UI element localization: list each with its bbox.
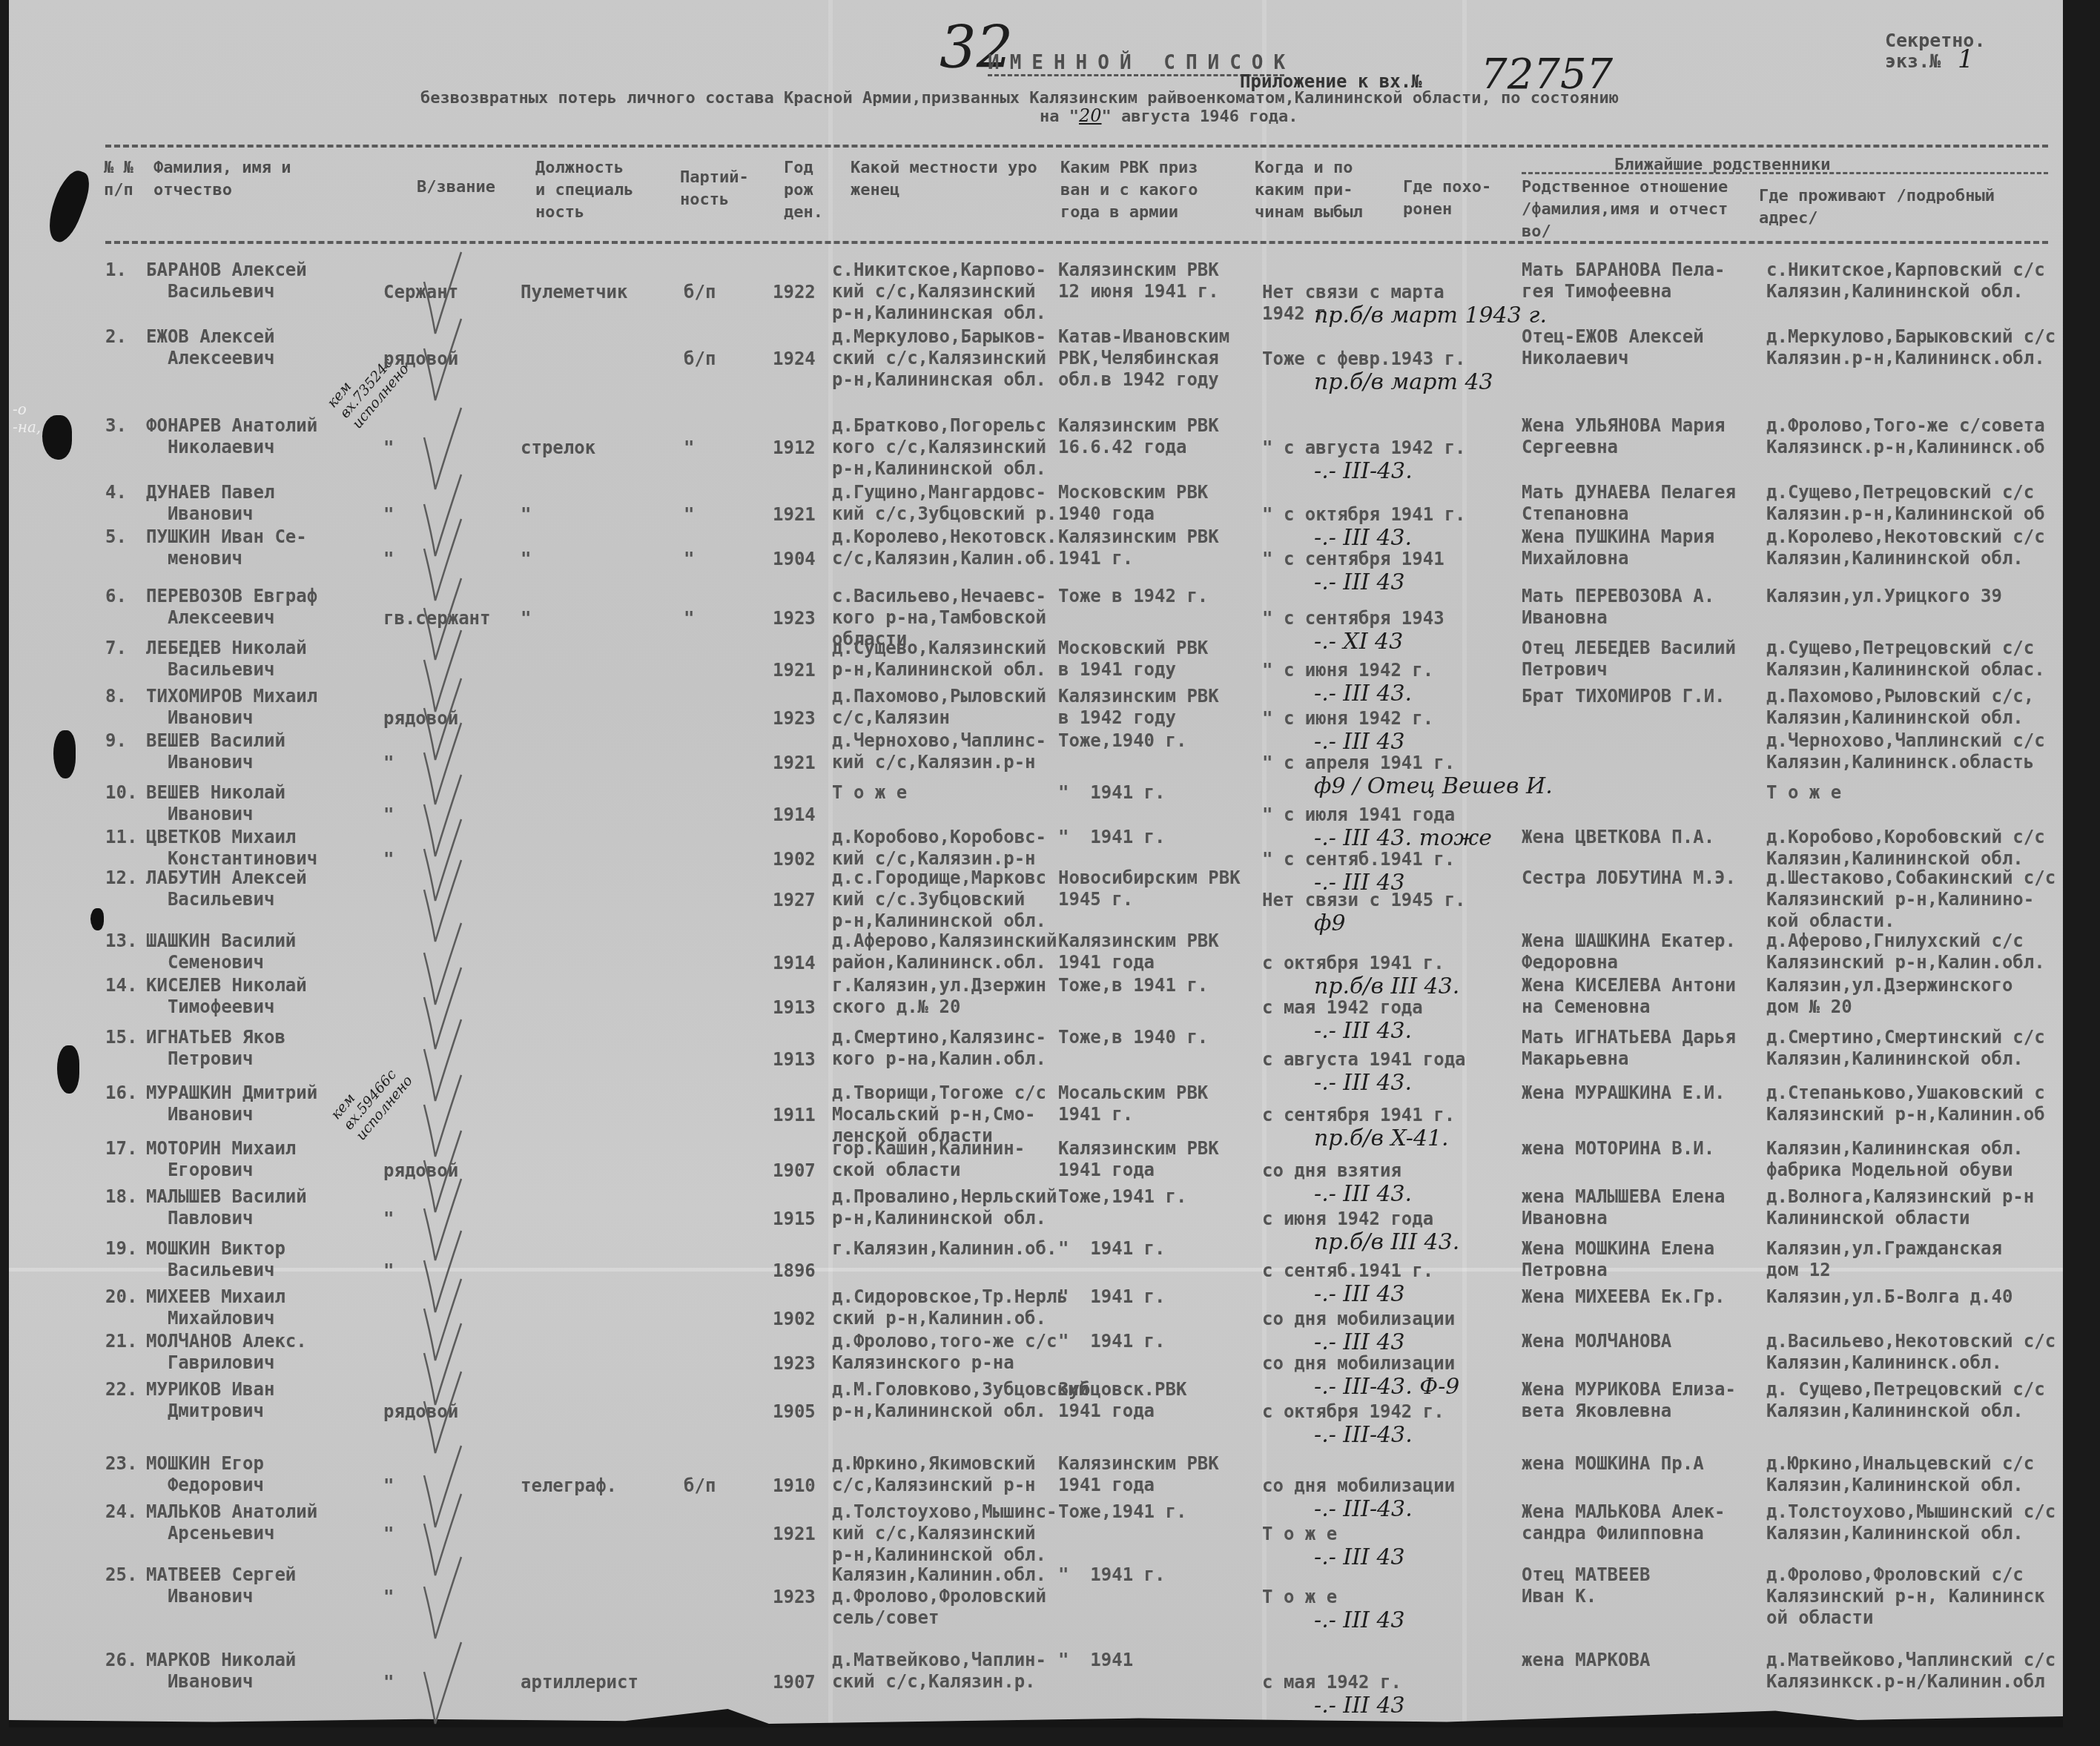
cell-relation: Жена ЦВЕТКОВА П.А. <box>1522 827 1714 848</box>
cell-rvk: " 1941 г. <box>1058 782 1166 804</box>
handwritten-annotation: -.- III 43. <box>1314 1070 1412 1096</box>
cell-rvk: " 1941 г. <box>1058 1286 1166 1308</box>
cell-rvk: " 1941 г. <box>1058 827 1166 848</box>
date-day: 20 <box>1079 105 1102 126</box>
check-mark-icon <box>420 1642 461 1727</box>
cell-relation: Отец-ЕЖОВ Алексей Николаевич <box>1522 326 1704 369</box>
cell-num: 9. <box>105 730 127 752</box>
date-prefix: на " <box>1040 108 1079 126</box>
cell-birthplace: д.Фролово,того-же с/с Калязинского р-на <box>832 1331 1057 1374</box>
cell-year: 1921 <box>773 660 816 681</box>
cell-rank: " <box>383 1475 394 1497</box>
cell-rank: " <box>383 804 394 826</box>
cell-rank: " <box>383 1524 394 1545</box>
handwritten-annotation: пр.б/в X-41. <box>1314 1125 1449 1151</box>
col-header-rank: В/звание <box>417 176 495 199</box>
handwritten-annotation: -.- III 43. тоже <box>1314 825 1492 851</box>
cell-relation: Сестра ЛОБУТИНА М.Э. <box>1522 867 1736 889</box>
cell-num: 16. <box>105 1082 137 1104</box>
cell-birthplace: с.Никитское,Карпово- кий с/с,Калязинский… <box>832 259 1046 324</box>
check-mark-icon <box>420 319 461 408</box>
cell-relation: Мать ИГНАТЬЕВА Дарья Макарьевна <box>1522 1027 1736 1070</box>
cell-birthplace: д.Гущино,Мангардовс- кий с/с,Зубцовский … <box>832 482 1057 525</box>
col-header-relation: Родственное отношение /фамилия,имя и отч… <box>1522 176 1728 243</box>
cell-address: д.Сущево,Петрецовский с/с Калязин,Калини… <box>1766 638 2045 681</box>
cell-birthplace: д.Юркино,Якимовский с/с,Калязинский р-н <box>832 1453 1036 1496</box>
handwritten-annotation: пр.б/в III 43. <box>1314 1229 1459 1255</box>
cell-when: " с июля 1941 года <box>1262 804 1455 826</box>
cell-relation: жена МОШКИНА Пр.А <box>1522 1453 1704 1475</box>
cell-year: 1924 <box>773 348 816 370</box>
date-suffix: " августа 1946 года. <box>1102 108 1298 126</box>
cell-rvk: Тоже,1941 г. <box>1058 1501 1186 1523</box>
cell-name: ЕЖОВ Алексей Алексеевич <box>146 326 274 369</box>
cell-address: д.Матвейково,Чаплинский с/с Калязинкск.р… <box>1766 1650 2056 1693</box>
cell-when: Тоже с февр.1943 г. <box>1262 348 1466 370</box>
cell-rvk: Московским РВК 1940 года <box>1058 482 1208 525</box>
cell-birthplace: д.с.Городище,Марковс кий с/с.Зубцовский … <box>832 867 1046 932</box>
cell-num: 7. <box>105 638 127 659</box>
handwritten-annotation: -.- III 43 <box>1314 1607 1405 1633</box>
cell-birthplace: Т о ж е <box>832 782 907 804</box>
cell-when: Т о ж е <box>1262 1587 1337 1608</box>
cell-num: 24. <box>105 1501 137 1523</box>
cell-address: д.Юркино,Инальцевский с/с Калязин,Калини… <box>1766 1453 2034 1496</box>
cell-year: 1910 <box>773 1475 816 1497</box>
cell-name: МОТОРИН Михаил Егорович <box>146 1138 296 1181</box>
cell-address: Калязин,Калининская обл. фабрика Модельн… <box>1766 1138 2024 1181</box>
cell-year: 1921 <box>773 753 816 774</box>
punch-hole <box>53 730 76 778</box>
cell-year: 1911 <box>773 1105 816 1126</box>
cell-when: с октября 1942 г. <box>1262 1401 1444 1423</box>
handwritten-annotation: -.- XI 43 <box>1314 629 1403 655</box>
cell-address: Т о ж е <box>1766 782 1841 804</box>
cell-rvk: Тоже,1940 г. <box>1058 730 1186 752</box>
cell-when: с июня 1942 года <box>1262 1208 1433 1230</box>
cell-num: 23. <box>105 1453 137 1475</box>
cell-relation: жена МАЛЫШЕВА Елена Ивановна <box>1522 1186 1726 1229</box>
col-header-when-why: Когда и по каким при- чинам выбыл <box>1255 157 1363 224</box>
cell-name: КИСЕЛЕВ Николай Тимофеевич <box>146 975 307 1018</box>
cell-rvk: Калязинским РВК 1941 года <box>1058 1138 1219 1181</box>
cell-relation: Жена УЛЬЯНОВА Мария Сергеевна <box>1522 415 1726 458</box>
cell-num: 5. <box>105 526 127 548</box>
cell-num: 13. <box>105 930 137 952</box>
cell-birthplace: д.Меркулово,Барыков- ский с/с,Калязински… <box>832 326 1046 391</box>
cell-position: " <box>521 549 531 570</box>
cell-rvk: Калязинским РВК 16.6.42 года <box>1058 415 1219 458</box>
cell-year: 1902 <box>773 849 816 870</box>
handwritten-annotation: -.- III 43. <box>1314 525 1412 551</box>
cell-when: " с сентября 1941 <box>1262 549 1444 570</box>
cell-birthplace: д.Братково,Погорельс кого с/с,Калязински… <box>832 415 1046 480</box>
cell-position: " <box>521 608 531 629</box>
cell-relation: Жена МОШКИНА Елена Петровна <box>1522 1238 1714 1281</box>
cell-num: 11. <box>105 827 137 848</box>
handwritten-annotation: -.- III-43. <box>1314 1422 1413 1448</box>
cell-address: д.Коробово,Коробовский с/с Калязин,Калин… <box>1766 827 2045 870</box>
punch-hole <box>42 166 95 246</box>
cell-relation: Жена МИХЕЕВА Ек.Гр. <box>1522 1286 1726 1308</box>
copy-number: 1 <box>1958 44 1974 74</box>
cell-year: 1922 <box>773 282 816 303</box>
col-header-address: Где проживают /подробный адрес/ <box>1759 185 1995 230</box>
cell-when: с мая 1942 года <box>1262 997 1423 1019</box>
cell-name: МИХЕЕВ Михаил Михайлович <box>146 1286 285 1329</box>
cell-year: 1921 <box>773 1524 816 1545</box>
handwritten-annotation: -.- III 43 <box>1314 729 1405 755</box>
handwritten-annotation: -.- III 43. <box>1314 1018 1412 1044</box>
cell-birthplace: Калязин,Калинин.обл. д.Фролово,Фроловски… <box>832 1564 1046 1629</box>
handwritten-annotation: -.- III 43. <box>1314 1181 1412 1207</box>
handwritten-annotation: -.- III 43 <box>1314 569 1405 595</box>
cell-birthplace: д.Толстоухово,Мышинс- кий с/с,Калязински… <box>832 1501 1057 1566</box>
cell-num: 19. <box>105 1238 137 1260</box>
col-header-name: Фамилия, имя и отчество <box>153 157 291 202</box>
col-header-birth-year: Год рож ден. <box>784 157 823 224</box>
cell-rvk: Тоже,1941 г. <box>1058 1186 1186 1208</box>
cell-num: 25. <box>105 1564 137 1586</box>
cell-when: " с июня 1942 г. <box>1262 660 1433 681</box>
cell-birthplace: г.Калязин,Калинин.об. <box>832 1238 1057 1260</box>
header-rule-top <box>105 145 2048 148</box>
cell-name: МУРАШКИН Дмитрий Иванович <box>146 1082 317 1125</box>
cell-position: Пулеметчик <box>521 282 628 303</box>
cell-relation: Отец МАТВЕЕВ Иван К. <box>1522 1564 1650 1607</box>
cell-rvk: Калязинским РВК 12 июня 1941 г. <box>1058 259 1219 302</box>
cell-num: 18. <box>105 1186 137 1208</box>
cell-birthplace: д.Королево,Некотовск. с/с,Калязин,Калин.… <box>832 526 1057 569</box>
document-subtitle: безвозвратных потерь личного состава Кра… <box>420 87 1619 110</box>
cell-birthplace: д.Аферово,Калязинский район,Калининск.об… <box>832 930 1057 973</box>
cell-year: 1912 <box>773 437 816 459</box>
cell-address: Калязин,ул.Гражданская дом 12 <box>1766 1238 2002 1281</box>
cell-relation: Мать БАРАНОВА Пела- гея Тимофеевна <box>1522 259 1726 302</box>
cell-when: Нет связи с 1945 г. <box>1262 890 1466 911</box>
cell-name: ЛАБУТИН Алексей Васильевич <box>146 867 307 910</box>
cell-when: с августа 1941 года <box>1262 1049 1466 1071</box>
cell-birthplace: д.Сущево,Калязинский р-н,Калининской обл… <box>832 638 1046 681</box>
cell-name: МАЛЫШЕВ Василий Павлович <box>146 1186 307 1229</box>
cell-address: д.Сущево,Петрецовский с/с Калязин.р-н,Ка… <box>1766 482 2045 525</box>
cell-year: 1923 <box>773 1587 816 1608</box>
cell-year: 1921 <box>773 504 816 526</box>
margin-note-row16: кем вх.59466с исполнено <box>328 1052 416 1144</box>
cell-when: со дня мобилизации <box>1262 1309 1455 1330</box>
fold-line <box>9 1268 2063 1272</box>
cell-year: 1914 <box>773 804 816 826</box>
cell-address: д.Степаньково,Ушаковский с Калязинский р… <box>1766 1082 2045 1125</box>
cell-birthplace: д.М.Головково,Зубцовский р-н,Калининской… <box>832 1379 1089 1422</box>
col-header-party: Партий- ность <box>680 167 749 211</box>
cell-party: " <box>684 437 694 459</box>
cell-relation: жена МОТОРИНА В.И. <box>1522 1138 1714 1160</box>
relatives-rule <box>1522 172 2048 174</box>
handwritten-annotation: пр.б/в март 1943 г. <box>1314 302 1547 328</box>
cell-num: 14. <box>105 975 137 996</box>
cell-when: со дня мобилизации <box>1262 1353 1455 1375</box>
copy-label: экз.№ <box>1885 50 1941 73</box>
cell-year: 1923 <box>773 608 816 629</box>
cell-when: " с августа 1942 г. <box>1262 437 1466 459</box>
cell-address: д.Шестаково,Собакинский с/с Калязинский … <box>1766 867 2056 932</box>
handwritten-annotation: -.- III-43. <box>1314 458 1413 484</box>
cell-birthplace: д.Сидоровское,Тр.Нерль ский р-н,Калинин.… <box>832 1286 1068 1329</box>
cell-name: ЛЕБЕДЕВ Николай Васильевич <box>146 638 307 681</box>
cell-address: д.Королево,Некотовский с/с Калязин,Калин… <box>1766 526 2045 569</box>
cell-num: 21. <box>105 1331 137 1352</box>
cell-relation: Мать ПЕРЕВОЗОВА А. Ивановна <box>1522 586 1714 629</box>
handwritten-annotation: -.- III 43 <box>1314 1329 1405 1355</box>
cell-address: д.Фролово,Фроловский с/с Калязинский р-н… <box>1766 1564 2045 1629</box>
cell-relation: Жена ШАШКИНА Екатер. Федоровна <box>1522 930 1736 973</box>
punch-hole <box>90 908 104 930</box>
cell-party: б/п <box>684 1475 716 1497</box>
cell-name: ТИХОМИРОВ Михаил Иванович <box>146 686 317 729</box>
cell-name: БАРАНОВ Алексей Васильевич <box>146 259 307 302</box>
cell-party: " <box>684 608 694 629</box>
cell-name: ШАШКИН Василий Семенович <box>146 930 296 973</box>
cell-birthplace: д.Смертино,Калязинс- кого р-на,Калин.обл… <box>832 1027 1046 1070</box>
cell-relation: Жена МОЛЧАНОВА <box>1522 1331 1671 1352</box>
cell-address: д.Меркулово,Барыковский с/с Калязин.р-н,… <box>1766 326 2056 369</box>
cell-when: со дня мобилизации <box>1262 1475 1455 1497</box>
cell-when: с октября 1941 г. <box>1262 953 1444 974</box>
cell-num: 6. <box>105 586 127 607</box>
cell-num: 12. <box>105 867 137 889</box>
cell-address: Калязин,ул.Урицкого 39 <box>1766 586 2002 607</box>
cell-birthplace: г.Калязин,ул.Дзержин ского д.№ 20 <box>832 975 1046 1018</box>
handwritten-annotation: -.- III-43. Ф-9 <box>1314 1374 1459 1400</box>
handwritten-annotation: пр.б/в март 43 <box>1314 369 1493 395</box>
col-header-rvk: Каким РВК приз ван и с какого года в арм… <box>1060 157 1198 224</box>
cell-num: 4. <box>105 482 127 503</box>
col-header-position: Должность и специаль ность <box>535 157 633 224</box>
col-header-buried: Где похо- ронен <box>1403 176 1491 221</box>
cell-name: МАРКОВ Николай Иванович <box>146 1650 296 1693</box>
handwritten-annotation: ф9 <box>1314 910 1346 936</box>
torn-edge <box>9 1709 2063 1727</box>
cell-num: 26. <box>105 1650 137 1671</box>
cell-rvk: " 1941 г. <box>1058 1238 1166 1260</box>
cell-year: 1915 <box>773 1208 816 1230</box>
cell-num: 22. <box>105 1379 137 1401</box>
left-edge-fragment: -о -на, <box>13 400 41 436</box>
cell-rank: " <box>383 1672 394 1693</box>
cell-relation: Жена МУРИКОВА Елиза- вета Яковлевна <box>1522 1379 1736 1422</box>
cell-relation: Брат ТИХОМИРОВ Г.И. <box>1522 686 1726 707</box>
cell-rvk: Калязинским РВК 1941 года <box>1058 1453 1219 1496</box>
cell-num: 20. <box>105 1286 137 1308</box>
cell-num: 17. <box>105 1138 137 1160</box>
cell-address: д.Смертино,Смертинский с/с Калязин,Калин… <box>1766 1027 2045 1070</box>
cell-name: МУРИКОВ Иван Дмитрович <box>146 1379 274 1422</box>
cell-year: 1913 <box>773 1049 816 1071</box>
cell-when: " с апреля 1941 г. <box>1262 753 1455 774</box>
cell-when: " с июня 1942 г. <box>1262 708 1433 730</box>
cell-name: ПУШКИН Иван Се- менович <box>146 526 307 569</box>
cell-when: " с октября 1941 г. <box>1262 504 1466 526</box>
cell-rvk: Калязинским РВК 1941 г. <box>1058 526 1219 569</box>
handwritten-annotation: -.- III 43 <box>1314 1544 1405 1570</box>
cell-when: с мая 1942 г. <box>1262 1672 1401 1693</box>
cell-birthplace: д.Творищи,Тогоже с/с Мосальский р-н,Смо-… <box>832 1082 1046 1147</box>
cell-birthplace: д.Матвейково,Чаплин- ский с/с,Калязин.р. <box>832 1650 1046 1693</box>
handwritten-annotation: -.- III 43. <box>1314 681 1412 707</box>
cell-relation: жена МАРКОВА <box>1522 1650 1650 1671</box>
cell-year: 1904 <box>773 549 816 570</box>
cell-position: стрелок <box>521 437 595 459</box>
fold-line <box>1462 0 1467 1727</box>
handwritten-annotation: -.- III 43 <box>1314 1693 1405 1719</box>
cell-name: ИГНАТЬЕВ Яков Петрович <box>146 1027 285 1070</box>
punch-hole <box>42 415 72 460</box>
cell-when: " с сентября 1943 <box>1262 608 1444 629</box>
cell-rvk: Зубцовск.РВК 1941 года <box>1058 1379 1186 1422</box>
cell-rank: " <box>383 753 394 774</box>
cell-when: с сентяб.1941 г. <box>1262 1260 1433 1282</box>
cell-year: 1902 <box>773 1309 816 1330</box>
cell-party: " <box>684 549 694 570</box>
cell-name: МАЛЬКОВ Анатолий Арсеньевич <box>146 1501 317 1544</box>
cell-num: 2. <box>105 326 127 348</box>
cell-rank: " <box>383 437 394 459</box>
header-rule-bottom <box>105 241 2048 244</box>
cell-relation: Жена ПУШКИНА Мария Михайловна <box>1522 526 1714 569</box>
cell-address: Калязин,ул.Дзержинского дом № 20 <box>1766 975 2012 1018</box>
cell-position: артиллерист <box>521 1672 638 1693</box>
cell-name: ДУНАЕВ Павел Иванович <box>146 482 274 525</box>
handwritten-annotation: -.- III-43. <box>1314 1496 1413 1522</box>
cell-address: д.Васильево,Некотовский с/с Калязин,Кали… <box>1766 1331 2056 1374</box>
col-header-birthplace: Какой местности уро женец <box>851 157 1037 202</box>
cell-when: Т о ж е <box>1262 1524 1337 1545</box>
cell-name: МОЛЧАНОВ Алекс. Гаврилович <box>146 1331 307 1374</box>
cell-rvk: Тоже в 1942 г. <box>1058 586 1208 607</box>
cell-relation: Отец ЛЕБЕДЕВ Василий Петрович <box>1522 638 1736 681</box>
cell-address: д.Аферово,Гнилухский с/с Калязинский р-н… <box>1766 930 2045 973</box>
cell-num: 10. <box>105 782 137 804</box>
cell-birthplace: гор.Кашин,Калинин- ской области <box>832 1138 1025 1181</box>
cell-address: д. Сущево,Петрецовский с/с Калязин,Калин… <box>1766 1379 2045 1422</box>
cell-address: д.Волнога,Калязинский р-н Калининской об… <box>1766 1186 2034 1229</box>
cell-rvk: " 1941 г. <box>1058 1564 1166 1586</box>
cell-rvk: Мосальским РВК 1941 г. <box>1058 1082 1208 1125</box>
handwritten-annotation: -.- III 43 <box>1314 1281 1405 1307</box>
cell-rvk: Тоже,в 1940 г. <box>1058 1027 1208 1048</box>
cell-rank: " <box>383 1587 394 1608</box>
cell-address: д.Чернохово,Чаплинский с/с Калязин,Калин… <box>1766 730 2045 773</box>
cell-address: д.Толстоухово,Мышинский с/с Калязин,Кали… <box>1766 1501 2056 1544</box>
cell-year: 1907 <box>773 1672 816 1693</box>
cell-year: 1913 <box>773 997 816 1019</box>
cell-party: б/п <box>684 282 716 303</box>
cell-birthplace: д.Коробово,Коробовс- кий с/с,Калязин.р-н <box>832 827 1046 870</box>
cell-party: " <box>684 504 694 526</box>
cell-rvk: Тоже,в 1941 г. <box>1058 975 1208 996</box>
cell-num: 1. <box>105 259 127 281</box>
cell-name: ВЕШЕВ Василий Иванович <box>146 730 285 773</box>
cell-rvk: Калязинским РВК в 1942 году <box>1058 686 1219 729</box>
cell-rank: " <box>383 504 394 526</box>
cell-rvk: " 1941 г. <box>1058 1331 1166 1352</box>
cell-name: ФОНАРЕВ Анатолий Николаевич <box>146 415 317 458</box>
cell-position: телеграф. <box>521 1475 617 1497</box>
cell-rvk: Новосибирским РВК 1945 г. <box>1058 867 1241 910</box>
cell-num: 8. <box>105 686 127 707</box>
cell-name: ЦВЕТКОВ Михаил Константинович <box>146 827 317 870</box>
cell-rank: " <box>383 849 394 870</box>
cell-relation: Мать ДУНАЕВА Пелагея Степановна <box>1522 482 1736 525</box>
cell-birthplace: д.Чернохово,Чаплинс- кий с/с,Калязин.р-н <box>832 730 1046 773</box>
handwritten-annotation: пр.б/в III 43. <box>1314 973 1459 999</box>
cell-address: д.Фролово,Того-же с/совета Калязинск.р-н… <box>1766 415 2045 458</box>
cell-rank: " <box>383 1208 394 1230</box>
cell-rvk: Калязинским РВК 1941 года <box>1058 930 1219 973</box>
handwritten-annotation: ф9 / Отец Вешев И. <box>1314 773 1553 799</box>
cell-party: б/п <box>684 348 716 370</box>
cell-rvk: Московский РВК в 1941 году <box>1058 638 1208 681</box>
cell-relation: Жена МУРАШКИНА Е.И. <box>1522 1082 1726 1104</box>
punch-hole <box>57 1045 79 1094</box>
cell-position: " <box>521 504 531 526</box>
cell-rank: " <box>383 549 394 570</box>
cell-year: 1905 <box>773 1401 816 1423</box>
cell-address: Калязин,ул.Б-Волга д.40 <box>1766 1286 2012 1308</box>
cell-birthplace: д.Провалино,Нерльский р-н,Калининской об… <box>832 1186 1057 1229</box>
cell-year: 1907 <box>773 1160 816 1182</box>
cell-name: МАТВЕЕВ Сергей Иванович <box>146 1564 296 1607</box>
cell-year: 1896 <box>773 1260 816 1282</box>
document-date-line: на "20" августа 1946 года. <box>1040 105 1298 128</box>
cell-year: 1927 <box>773 890 816 911</box>
cell-relation: Жена КИСЕЛЕВА Антони на Семеновна <box>1522 975 1736 1018</box>
document-sheet: 32 ИМЕННОЙ СПИСОК Секретно. экз.№ 1 Прил… <box>9 0 2063 1727</box>
cell-name: МОШКИН Егор Федорович <box>146 1453 264 1496</box>
cell-birthplace: д.Пахомово,Рыловский с/с,Калязин <box>832 686 1046 729</box>
cell-num: 3. <box>105 415 127 437</box>
cell-year: 1914 <box>773 953 816 974</box>
cell-address: с.Никитское,Карповский с/с Калязин,Калин… <box>1766 259 2045 302</box>
cell-rank: " <box>383 1260 394 1282</box>
cell-when: с сентября 1941 г. <box>1262 1105 1455 1126</box>
cell-name: ПЕРЕВОЗОВ Евграф Алексеевич <box>146 586 317 629</box>
col-header-num: № № п/п <box>104 157 133 202</box>
cell-rvk: " 1941 <box>1058 1650 1133 1671</box>
check-mark-icon <box>420 1557 461 1646</box>
cell-year: 1923 <box>773 1353 816 1375</box>
cell-when: " с сентяб.1941 г. <box>1262 849 1455 870</box>
cell-when: со дня взятия <box>1262 1160 1401 1182</box>
cell-year: 1923 <box>773 708 816 730</box>
cell-name: ВЕШЕВ Николай Иванович <box>146 782 285 825</box>
cell-name: МОШКИН Виктор Васильевич <box>146 1238 285 1281</box>
cell-address: д.Пахомово,Рыловский с/с, Калязин,Калини… <box>1766 686 2034 729</box>
cell-num: 15. <box>105 1027 137 1048</box>
cell-relation: Жена МАЛЬКОВА Алек- сандра Филипповна <box>1522 1501 1726 1544</box>
cell-rvk: Катав-Ивановским РВК,Челябинская обл.в 1… <box>1058 326 1229 391</box>
